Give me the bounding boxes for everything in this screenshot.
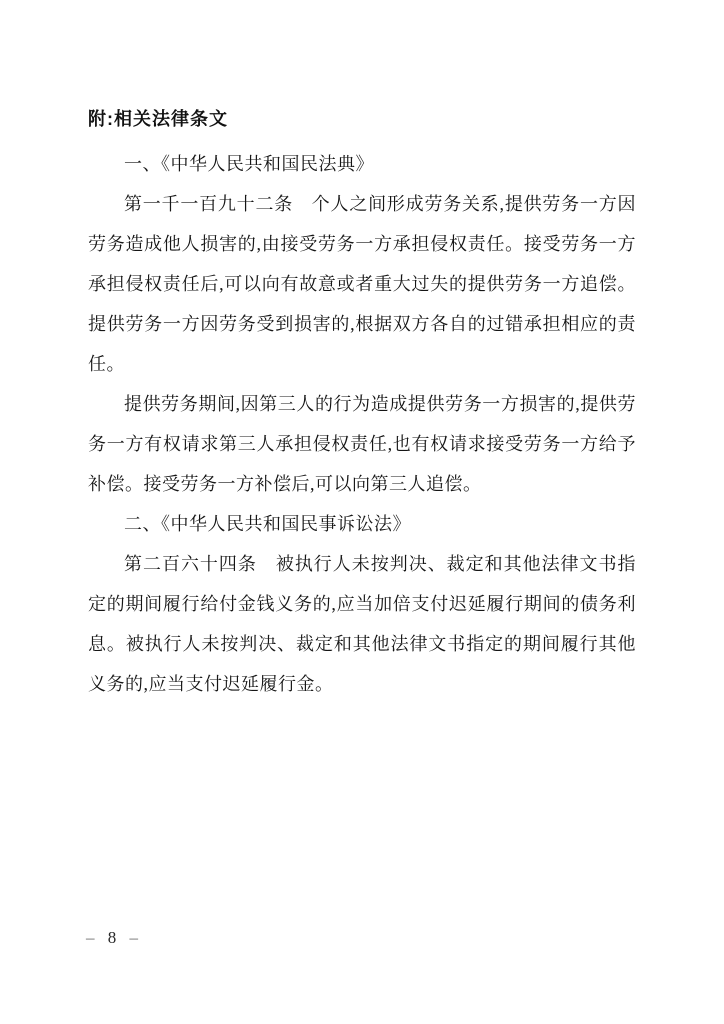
document-content: 附:相关法律条文 一、《中华人民共和国民法典》 第一千一百九十二条 个人之间形成… [88,106,636,704]
document-page: 附:相关法律条文 一、《中华人民共和国民法典》 第一千一百九十二条 个人之间形成… [0,0,724,1024]
paragraph-article-1192-continued: 提供劳务期间,因第三人的行为造成提供劳务一方损害的,提供劳务一方有权请求第三人承… [88,384,636,504]
document-heading: 附:相关法律条文 [88,106,636,132]
page-number: 8 [108,928,117,947]
paragraph-article-264: 第二百六十四条 被执行人未按判决、裁定和其他法律文书指定的期间履行给付金钱义务的… [88,544,636,704]
footer-left-dash: – [86,928,95,947]
section-title-civil-code: 一、《中华人民共和国民法典》 [88,144,636,184]
section-title-civil-procedure-law: 二、《中华人民共和国民事诉讼法》 [88,504,636,544]
footer-right-dash: – [130,928,139,947]
paragraph-article-1192: 第一千一百九十二条 个人之间形成劳务关系,提供劳务一方因劳务造成他人损害的,由接… [88,184,636,384]
page-number-footer: – 8 – [86,926,138,950]
